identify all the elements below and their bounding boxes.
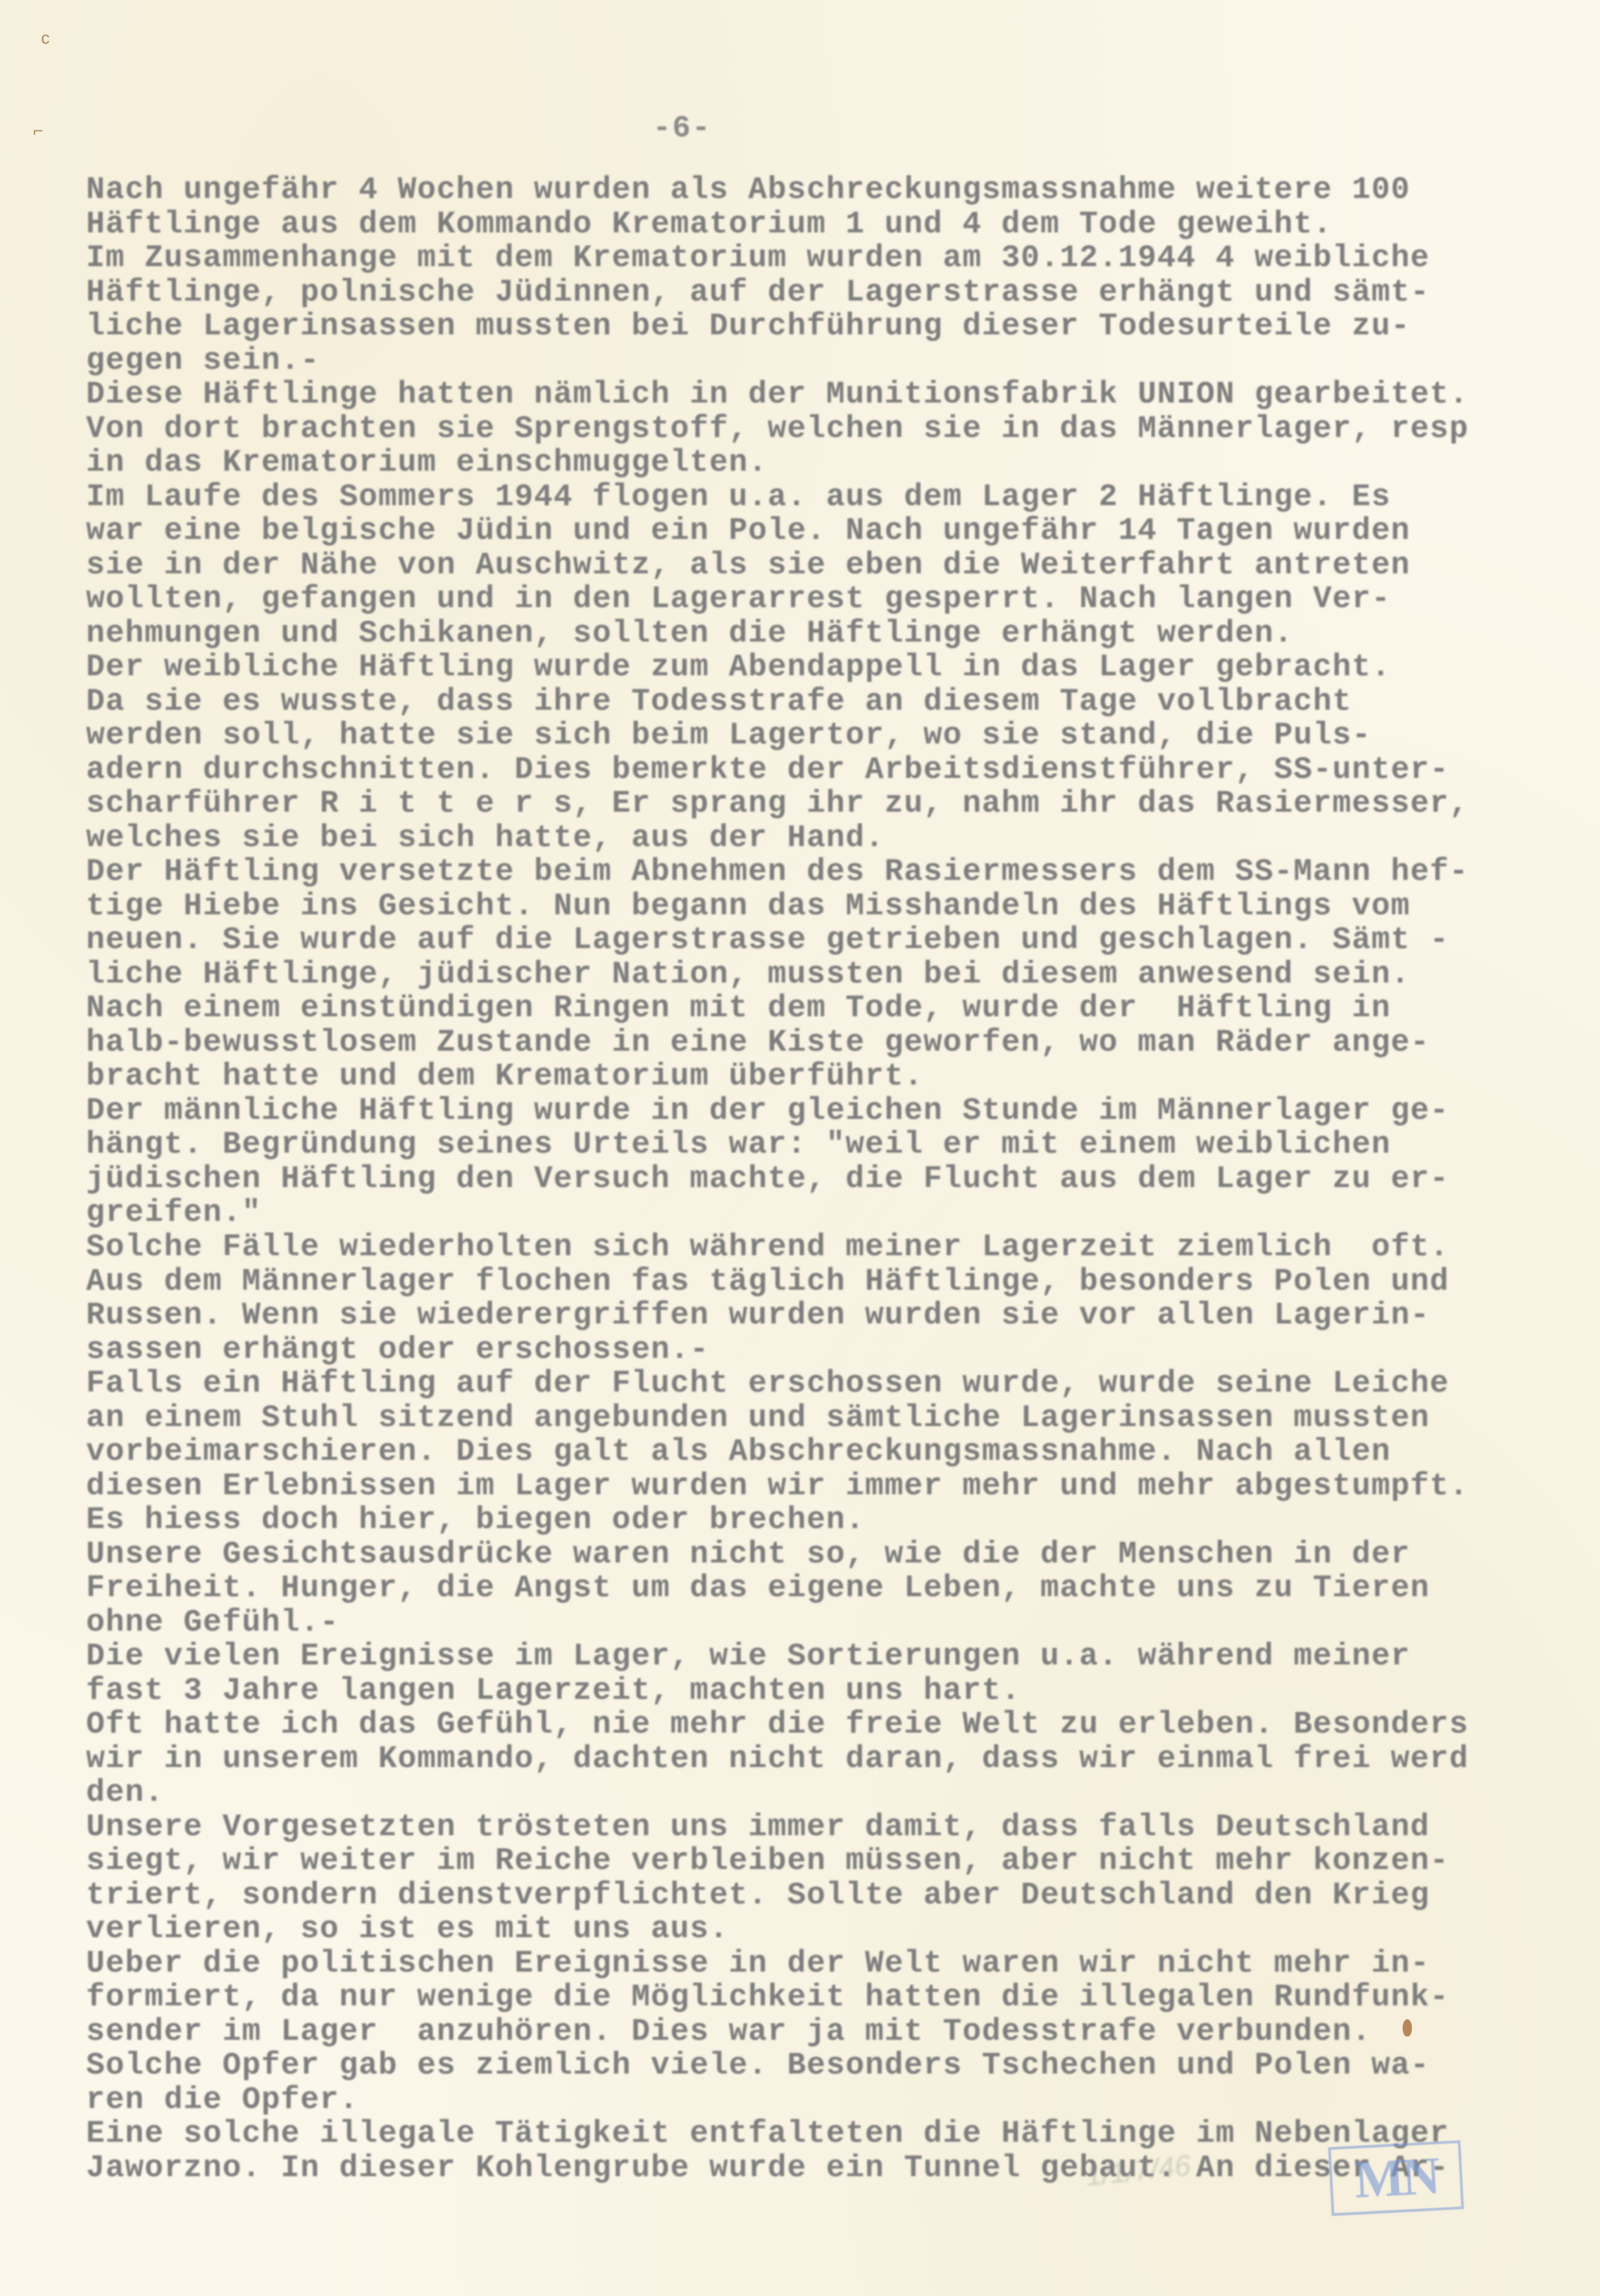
text-line: sie in der Nähe von Auschwitz, als sie e…	[86, 549, 1543, 583]
text-line: liche Häftlinge, jüdischer Nation, musst…	[86, 958, 1543, 992]
text-line: Von dort brachten sie Sprengstoff, welch…	[86, 412, 1543, 447]
text-line: gegen sein.-	[86, 344, 1543, 379]
text-line: in das Krematorium einschmuggelten.	[86, 446, 1543, 481]
text-line: sender im Lager anzuhören. Dies war ja m…	[86, 2015, 1543, 2050]
text-line: Häftlinge, polnische Jüdinnen, auf der L…	[86, 276, 1543, 311]
text-line: Der Häftling versetzte beim Abnehmen des…	[86, 855, 1543, 890]
text-line: tige Hiebe ins Gesicht. Nun begann das M…	[86, 890, 1543, 924]
text-line: scharführer R i t t e r s, Er sprang ihr…	[86, 787, 1543, 822]
text-line: Unsere Gesichtsausdrücke waren nicht so,…	[86, 1538, 1543, 1572]
text-line: triert, sondern dienstverpflichtet. Soll…	[86, 1879, 1543, 1913]
text-line: liche Lagerinsassen mussten bei Durchfüh…	[86, 310, 1543, 344]
text-line: halb-bewusstlosem Zustande in eine Kiste…	[86, 1026, 1543, 1061]
text-line: greifen."	[86, 1196, 1543, 1231]
text-line: Häftlinge aus dem Kommando Krematorium 1…	[86, 208, 1543, 242]
text-line: nehmungen und Schikanen, sollten die Häf…	[86, 617, 1543, 651]
text-line: Oft hatte ich das Gefühl, nie mehr die f…	[86, 1708, 1543, 1743]
text-line: Diese Häftlinge hatten nämlich in der Mu…	[86, 378, 1543, 412]
text-line: Da sie es wusste, dass ihre Todesstrafe …	[86, 685, 1543, 720]
text-line: Falls ein Häftling auf der Flucht erscho…	[86, 1367, 1543, 1402]
ink-stain	[1403, 2019, 1412, 2036]
text-line: Im Laufe des Sommers 1944 flogen u.a. au…	[86, 481, 1543, 515]
text-line: diesen Erlebnissen im Lager wurden wir i…	[86, 1470, 1543, 1504]
text-line: formiert, da nur wenige die Möglichkeit …	[86, 1981, 1543, 2015]
text-line: Ueber die politischen Ereignisse in der …	[86, 1947, 1543, 1982]
text-line: hängt. Begründung seines Urteils war: "w…	[86, 1128, 1543, 1163]
text-line: Eine solche illegale Tätigkeit entfaltet…	[86, 2117, 1543, 2152]
text-line: den.	[86, 1776, 1543, 1811]
text-line: vorbeimarschieren. Dies galt als Abschre…	[86, 1435, 1543, 1470]
text-line: Die vielen Ereignisse im Lager, wie Sort…	[86, 1640, 1543, 1674]
text-line: welches sie bei sich hatte, aus der Hand…	[86, 822, 1543, 856]
text-line: war eine belgische Jüdin und ein Pole. N…	[86, 514, 1543, 549]
text-line: verlieren, so ist es mit uns aus.	[86, 1913, 1543, 1947]
text-line: Jaworzno. In dieser Kohlengrube wurde ei…	[86, 2152, 1543, 2186]
text-line: werden soll, hatte sie sich beim Lagerto…	[86, 719, 1543, 753]
text-line: Es hiess doch hier, biegen oder brechen.	[86, 1504, 1543, 1538]
text-line: jüdischen Häftling den Versuch machte, d…	[86, 1163, 1543, 1197]
text-line: ren die Opfer.	[86, 2083, 1543, 2118]
text-line: wir in unserem Kommando, dachten nicht d…	[86, 1743, 1543, 1777]
text-line: ohne Gefühl.-	[86, 1606, 1543, 1641]
text-line: Freiheit. Hunger, die Angst um das eigen…	[86, 1572, 1543, 1606]
text-line: adern durchschnitten. Dies bemerkte der …	[86, 753, 1543, 788]
text-line: Solche Fälle wiederholten sich während m…	[86, 1231, 1543, 1265]
text-line: bracht hatte und dem Krematorium überfüh…	[86, 1060, 1543, 1094]
text-line: Nach einem einstündigen Ringen mit dem T…	[86, 992, 1543, 1026]
text-line: Solche Opfer gab es ziemlich viele. Beso…	[86, 2049, 1543, 2083]
text-line: Der männliche Häftling wurde in der glei…	[86, 1094, 1543, 1129]
text-line: Im Zusammenhange mit dem Krematorium wur…	[86, 242, 1543, 276]
page-number: -6-	[0, 111, 1364, 146]
typewritten-body: Nach ungefähr 4 Wochen wurden als Abschr…	[86, 173, 1543, 2185]
text-line: neuen. Sie wurde auf die Lagerstrasse ge…	[86, 924, 1543, 958]
text-line: fast 3 Jahre langen Lagerzeit, machten u…	[86, 1674, 1543, 1709]
text-line: Unsere Vorgesetzten trösteten uns immer …	[86, 1811, 1543, 1845]
text-line: wollten, gefangen und in den Lagerarrest…	[86, 583, 1543, 617]
text-line: sassen erhängt oder erschossen.-	[86, 1333, 1543, 1368]
stamp-text: MN	[1353, 2146, 1439, 2210]
text-line: siegt, wir weiter im Reiche verbleiben m…	[86, 1844, 1543, 1879]
margin-mark: c	[41, 28, 50, 48]
text-line: an einem Stuhl sitzend angebunden und sä…	[86, 1402, 1543, 1436]
archive-stamp: MN	[1328, 2140, 1464, 2216]
text-line: Nach ungefähr 4 Wochen wurden als Abschr…	[86, 173, 1543, 208]
text-line: Der weibliche Häftling wurde zum Abendap…	[86, 651, 1543, 685]
text-line: Russen. Wenn sie wiederergriffen wurden …	[86, 1299, 1543, 1333]
text-line: Aus dem Männerlager flochen fas täglich …	[86, 1265, 1543, 1300]
